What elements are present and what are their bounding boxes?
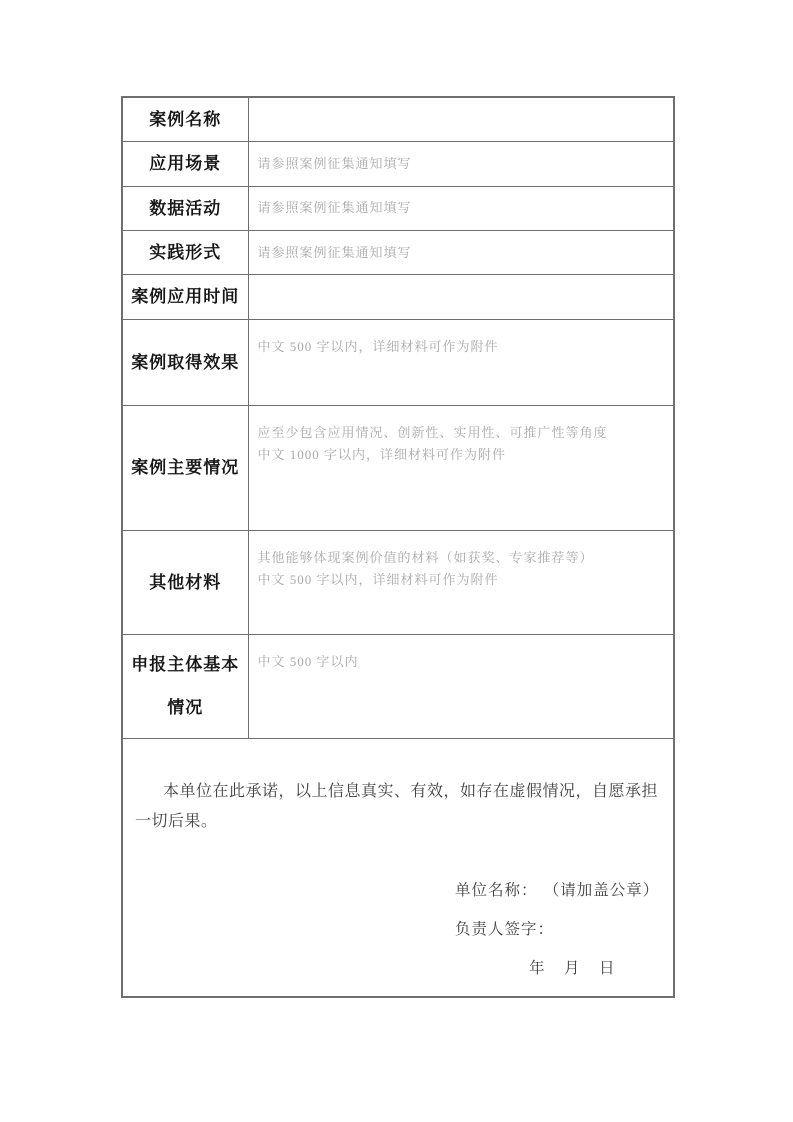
data-activity-field[interactable]: 请参照案例征集通知填写 bbox=[248, 186, 674, 230]
table-row: 案例主要情况 应至少包含应用情况、创新性、实用性、可推广性等角度 中文 1000… bbox=[122, 405, 674, 530]
unit-name-line: 单位名称：（请加盖公章） bbox=[455, 879, 661, 903]
row-label-application-time: 案例应用时间 bbox=[122, 275, 248, 319]
signature-block: 单位名称：（请加盖公章） 负责人签字： 年 月 日 bbox=[455, 879, 661, 981]
table-row: 案例名称 bbox=[122, 97, 674, 142]
table-row: 本单位在此承诺，以上信息真实、有效，如存在虚假情况，自愿承担一切后果。 单位名称… bbox=[122, 738, 674, 997]
seal-note: （请加盖公章） bbox=[552, 882, 660, 899]
document-page: 案例名称 应用场景 请参照案例征集通知填写 数据活动 请参照案例征集通知填写 实… bbox=[0, 0, 793, 1122]
application-time-field[interactable] bbox=[248, 275, 674, 319]
placeholder-line: 中文 1000 字以内，详细材料可作为附件 bbox=[258, 444, 666, 466]
row-label-data-activity: 数据活动 bbox=[122, 186, 248, 230]
row-label-applicant-basic-info: 申报主体基本情况 bbox=[122, 634, 248, 738]
table-row: 案例取得效果 中文 500 字以内，详细材料可作为附件 bbox=[122, 319, 674, 405]
pledge-statement: 本单位在此承诺，以上信息真实、有效，如存在虚假情况，自愿承担一切后果。 bbox=[135, 777, 663, 837]
application-scenario-field[interactable]: 请参照案例征集通知填写 bbox=[248, 142, 674, 186]
table-row: 案例应用时间 bbox=[122, 275, 674, 319]
table-row: 其他材料 其他能够体现案例价值的材料（如获奖、专家推荐等） 中文 500 字以内… bbox=[122, 530, 674, 634]
case-application-form-table: 案例名称 应用场景 请参照案例征集通知填写 数据活动 请参照案例征集通知填写 实… bbox=[121, 96, 675, 998]
case-main-situation-field[interactable]: 应至少包含应用情况、创新性、实用性、可推广性等角度 中文 1000 字以内，详细… bbox=[248, 405, 674, 530]
table-row: 申报主体基本情况 中文 500 字以内 bbox=[122, 634, 674, 738]
row-label-case-main-situation: 案例主要情况 bbox=[122, 405, 248, 530]
table-row: 实践形式 请参照案例征集通知填写 bbox=[122, 231, 674, 275]
signer-line: 负责人签字： bbox=[455, 918, 661, 942]
row-label-other-materials: 其他材料 bbox=[122, 530, 248, 634]
pledge-section: 本单位在此承诺，以上信息真实、有效，如存在虚假情况，自愿承担一切后果。 单位名称… bbox=[122, 738, 674, 997]
table-row: 数据活动 请参照案例征集通知填写 bbox=[122, 186, 674, 230]
practice-form-field[interactable]: 请参照案例征集通知填写 bbox=[248, 231, 674, 275]
applicant-basic-info-field[interactable]: 中文 500 字以内 bbox=[248, 634, 674, 738]
case-name-field[interactable] bbox=[248, 97, 674, 142]
date-line: 年 月 日 bbox=[455, 957, 661, 981]
row-label-case-name: 案例名称 bbox=[122, 97, 248, 142]
placeholder-line: 应至少包含应用情况、创新性、实用性、可推广性等角度 bbox=[258, 422, 666, 444]
other-materials-field[interactable]: 其他能够体现案例价值的材料（如获奖、专家推荐等） 中文 500 字以内，详细材料… bbox=[248, 530, 674, 634]
row-label-practice-form: 实践形式 bbox=[122, 231, 248, 275]
row-label-application-scenario: 应用场景 bbox=[122, 142, 248, 186]
row-label-case-results: 案例取得效果 bbox=[122, 319, 248, 405]
unit-name-label: 单位名称： bbox=[455, 882, 538, 899]
table-row: 应用场景 请参照案例征集通知填写 bbox=[122, 142, 674, 186]
placeholder-line: 其他能够体现案例价值的材料（如获奖、专家推荐等） bbox=[258, 547, 666, 569]
placeholder-line: 中文 500 字以内，详细材料可作为附件 bbox=[258, 569, 666, 591]
case-results-field[interactable]: 中文 500 字以内，详细材料可作为附件 bbox=[248, 319, 674, 405]
